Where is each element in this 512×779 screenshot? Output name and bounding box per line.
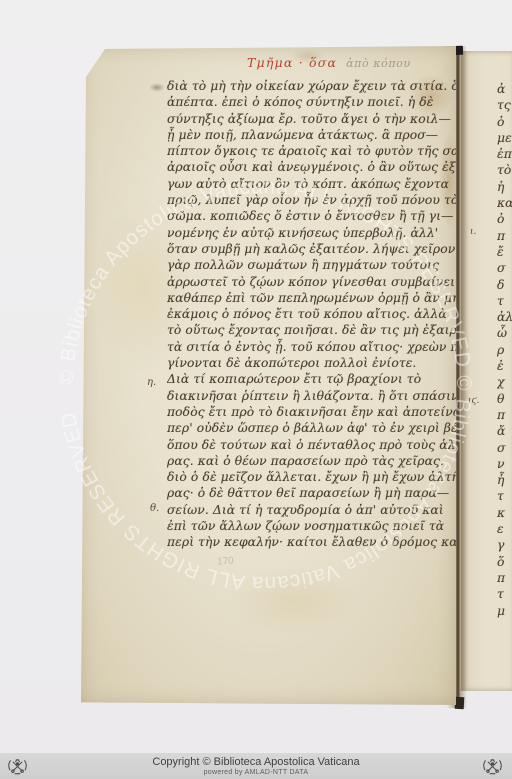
facing-margin-note: ιϛ. xyxy=(468,396,479,406)
facing-page-line-fragment: κ xyxy=(497,506,512,522)
facing-page-line-fragment: σ xyxy=(497,261,512,277)
footer-copyright-text: Copyright © Biblioteca Apostolica Vatica… xyxy=(152,756,359,768)
facing-page-text-edge: ἀτςὁμεἐπτὸἡκαὀπἔσδτἀλὧρἐχθπἄσνἧτκεγὅπτμ xyxy=(497,82,512,620)
vatican-emblem-icon xyxy=(6,755,29,777)
facing-page-line-fragment: π xyxy=(497,408,512,424)
facing-page-line-fragment: μ xyxy=(497,604,512,620)
manuscript-line: ὅταν συμβῇ μὴ καλῶς ἐξαιτέον. λήψει χεῖρ… xyxy=(167,242,461,258)
manuscript-line: περὶ τὴν κεφαλήν· καίτοι ἔλαθεν ὁ δρόμος… xyxy=(167,535,461,551)
margin-section-number-theta: θ. xyxy=(150,503,159,514)
parchment-stain xyxy=(229,566,359,636)
manuscript-scan-viewer: ι. ιϛ. ἀτςὁμεἐπτὸἡκαὀπἔσδτἀλὧρἐχθπἄσνἧτκ… xyxy=(0,0,512,779)
facing-page-line-fragment: κα xyxy=(497,196,512,212)
facing-page-line-fragment: ρ xyxy=(497,343,512,359)
manuscript-line: πριῷ, λυπεῖ γὰρ οἷον ἦν ἐν ἀρχῇ τοῦ πόνο… xyxy=(167,193,461,209)
margin-section-number-eta: η. xyxy=(147,377,156,388)
facing-page-line-fragment: σ xyxy=(497,441,512,457)
manuscript-line: ρας. καὶ ὁ θέων παρασείων πρὸ τὰς χεῖρας… xyxy=(167,454,461,470)
manuscript-line: νομένης ἐν αὐτῷ κινήσεως ὑπερβολῇ. ἀλλ' xyxy=(167,226,461,242)
facing-page-line-fragment: γ xyxy=(497,538,512,554)
facing-page-line-fragment: ὧ xyxy=(497,326,512,342)
manuscript-line: ὅπου δὲ τούτων καὶ ὁ πένταθλος πρὸ τοὺς … xyxy=(167,438,461,454)
manuscript-line: γων αὐτὸ αἴτιον ὂν τὸ κόπτ. ἀκόπως ἔχοντ… xyxy=(167,177,461,193)
manuscript-line: διακινῆσαι ῥίπτειν ἢ λιθάζοντα. ἢ ὅτι σπ… xyxy=(167,389,461,405)
manuscript-line: διὸ ὁ δὲ μεῖζον ἅλλεται. ἔχων ἢ μὴ ἔχων … xyxy=(167,470,461,486)
manuscript-line: ἐπὶ τῶν ἄλλων ζῴων νοσηματικῶς ποιεῖ τὰ xyxy=(167,519,461,535)
manuscript-line: ἀρρωστεῖ τὸ ζῴων κόπον γίνεσθαι συμβαίνε… xyxy=(167,275,461,291)
manuscript-line: σείων. Διὰ τί ἡ ταχυδρομία ὁ ἀπ' αὐτοῦ κ… xyxy=(167,503,461,519)
rubric-heading: Τμῆμα · ὅσαἀπὸ κόπου xyxy=(247,55,411,70)
facing-page-line-fragment: ἐ xyxy=(497,359,512,375)
margin-ink-smudge xyxy=(149,83,165,92)
facing-page-line-fragment: με xyxy=(497,131,512,147)
facing-page-line-fragment: π xyxy=(497,229,512,245)
facing-page-line-fragment: ἄ xyxy=(497,424,512,440)
footer-powered-by-text: powered by AMLAD-NTT DATA xyxy=(204,768,309,777)
manuscript-line: Διὰ τί κοπιαρώτερον ἔτι τῷ βραχίονι τὸ xyxy=(167,372,461,388)
manuscript-line: ἐκάμοις ὁ πόνος ἔτι τοῦ κόπου αἴτιος. ἀλ… xyxy=(167,307,461,323)
manuscript-page: Τμῆμα · ὅσαἀπὸ κόπου διὰ τὸ μὴ τὴν οἰκεί… xyxy=(79,46,456,705)
manuscript-line: σῶμα. κοπιῶδες ὅ ἐστιν ὁ ἔντοσθεν ἢ τῇ γ… xyxy=(167,209,461,225)
text-block: διὰ τὸ μὴ τὴν οἰκείαν χώραν ἔχειν τὰ σιτ… xyxy=(167,79,461,552)
facing-page-line-fragment: ἀ xyxy=(497,82,512,98)
manuscript-line: ρας· ὁ δὲ θᾶττον θεῖ παρασείων ἢ μὴ παρα… xyxy=(167,486,461,502)
faint-foliation-number: 170 xyxy=(217,555,234,567)
binding-mark-icon xyxy=(455,697,465,709)
manuscript-line: ᾗ μὲν ποιῇ, πλανώμενα ἀτάκτως. ἃ προσ— xyxy=(167,128,461,144)
facing-page-line-fragment: ὅ xyxy=(497,555,512,571)
facing-page-line-fragment: ν xyxy=(497,457,512,473)
facing-page-line-fragment: ἔ xyxy=(497,245,512,261)
manuscript-line: περ' οὐδὲν ὥσπερ ὁ βάλλων ἀφ' τὸ ἐν χειρ… xyxy=(167,421,461,437)
manuscript-line: τὰ σιτία ὁ ἐντὸς ᾖ. τοῦ κόπου αἴτιος· χρ… xyxy=(167,340,461,356)
facing-page-line-fragment: ἧ xyxy=(497,473,512,489)
manuscript-line: σύντηξις ἀξίωμα ἔρ. τοῦτο ἄγει ὁ τὴν κοι… xyxy=(167,112,461,128)
facing-page-line-fragment: ὁ xyxy=(497,115,512,131)
facing-page-sliver: ι. ιϛ. ἀτςὁμεἐπτὸἡκαὀπἔσδτἀλὧρἐχθπἄσνἧτκ… xyxy=(461,51,512,691)
facing-page-line-fragment: τς xyxy=(497,98,512,114)
manuscript-line: διὰ τὸ μὴ τὴν οἰκείαν χώραν ἔχειν τὰ σιτ… xyxy=(167,79,461,95)
manuscript-line: πίπτον ὄγκοις τε ἀραιοῖς καὶ τὸ φυτὸν τῆ… xyxy=(167,144,461,160)
manuscript-line: γὰρ πολλῶν σωμάτων ἢ πηγμάτων τούτοις xyxy=(167,258,461,274)
facing-page-line-fragment: ἡ xyxy=(497,180,512,196)
manuscript-line: ἀραιοῖς οὖσι καὶ ἀνεῳγμένοις. ὁ ἂν οὕτως… xyxy=(167,160,461,176)
facing-page-line-fragment: θ xyxy=(497,392,512,408)
facing-page-line-fragment: δ xyxy=(497,278,512,294)
manuscript-line: γίνονται δὲ ἀκοπώτεροι πολλοὶ ἐνίοτε. xyxy=(167,356,461,372)
facing-page-line-fragment: τ xyxy=(497,294,512,310)
manuscript-line: ποδὸς ἔτι πρὸ τὸ διακινῆσαι ἔην καὶ ἀποτ… xyxy=(167,405,461,421)
facing-page-line-fragment: ε xyxy=(497,522,512,538)
rubric-heading-faint: ἀπὸ κόπου xyxy=(346,57,411,70)
rubric-heading-red: Τμῆμα · ὅσα xyxy=(247,55,337,70)
manuscript-line: καθάπερ ἐπὶ τῶν πεπληρωμένων ὁρμῇ ὁ ἂν μ… xyxy=(167,291,461,307)
facing-page-line-fragment: τὸ xyxy=(497,163,512,179)
facing-page-line-fragment: τ xyxy=(497,489,512,505)
footer-bar: Copyright © Biblioteca Apostolica Vatica… xyxy=(0,753,512,779)
vatican-emblem-icon xyxy=(481,755,504,777)
facing-page-line-fragment: τ xyxy=(497,587,512,603)
facing-page-line-fragment: ἀλ xyxy=(497,310,512,326)
manuscript-line: ἀπέπτα. ἐπεὶ ὁ κόπος σύντηξιν ποιεῖ. ἡ δ… xyxy=(167,95,461,111)
manuscript-line: τὸ οὕτως ἔχοντας ποιῆσαι. δὲ ἂν τις μὴ ἐ… xyxy=(167,323,461,339)
facing-margin-note: ι. xyxy=(470,227,476,237)
facing-page-line-fragment: ἐπ xyxy=(497,147,512,163)
facing-page-line-fragment: π xyxy=(497,571,512,587)
facing-page-line-fragment: χ xyxy=(497,375,512,391)
facing-page-line-fragment: ὀ xyxy=(497,212,512,228)
